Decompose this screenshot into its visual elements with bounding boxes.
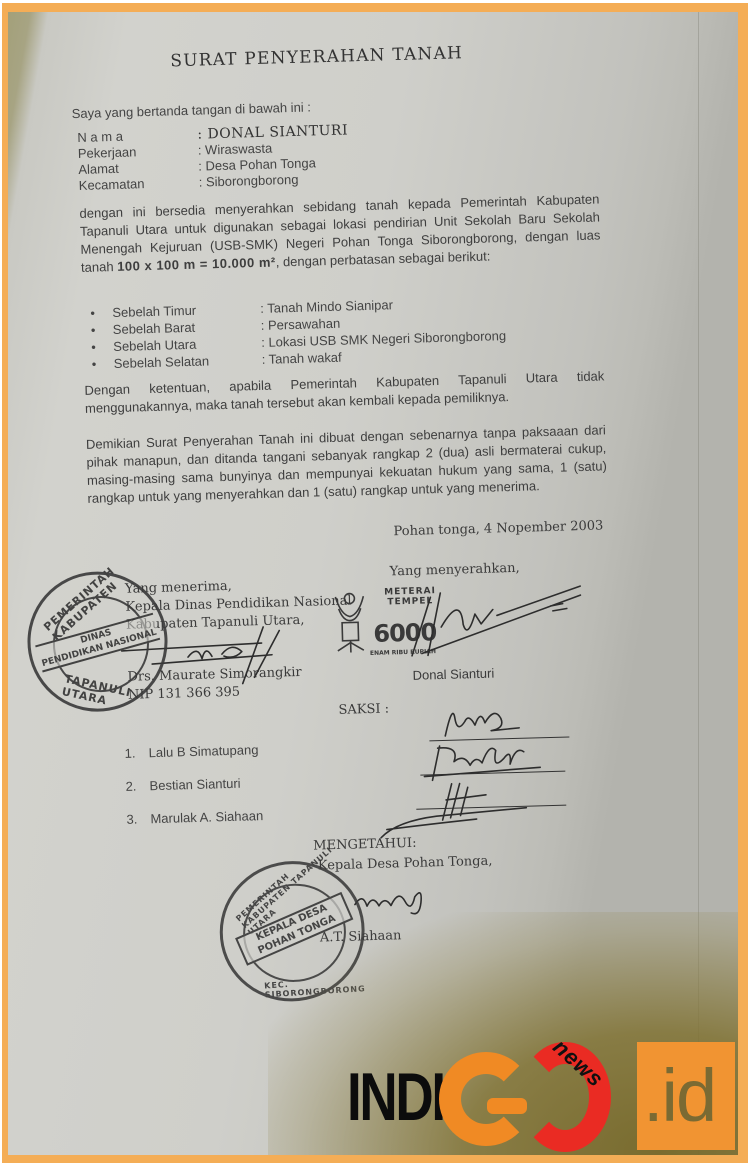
- brand-indi-text: INDI: [347, 1062, 444, 1132]
- witness-signature-2: [419, 739, 550, 783]
- paragraph-conditions: Dengan ketentuan, apabila Pemerintah Kab…: [84, 367, 605, 418]
- witness-name: Lalu B Simatupang: [148, 742, 259, 778]
- document-photo: SURAT PENYERAHAN TANAH Saya yang bertand…: [8, 12, 738, 1155]
- giver-name: Donal Sianturi: [412, 666, 494, 683]
- witness-name: Bestian Sianturi: [149, 776, 241, 812]
- list-item: 1.Lalu B Simatupang: [124, 742, 262, 779]
- place-date: Pohan tonga, 4 Nopember 2003: [393, 518, 603, 539]
- paragraph-text: , dengan perbatasan sebagai berikut:: [276, 248, 491, 269]
- bullet-icon: •: [91, 321, 113, 339]
- giver-label: Yang menyerahkan,: [389, 561, 519, 580]
- witness-label: SAKSI :: [338, 701, 389, 717]
- brand-id-text: .id: [643, 1048, 715, 1144]
- witness-name: Marulak A. Siahaan: [150, 808, 264, 844]
- paragraph-closing: Demikian Surat Penyerahan Tanah ini dibu…: [86, 421, 608, 507]
- land-area: 100 x 100 m = 10.000 m²: [117, 254, 276, 273]
- witness-number: 2.: [125, 778, 150, 812]
- bullet-icon: •: [92, 355, 114, 373]
- paragraph-handover: dengan ini bersedia menyerahkan sebidang…: [79, 190, 601, 276]
- boundary-side: Sebelah Selatan: [114, 351, 262, 372]
- indigo-news-watermark: INDI news .id: [347, 1040, 739, 1155]
- witness-number: 3.: [126, 811, 151, 845]
- bullet-icon: •: [90, 304, 112, 322]
- list-item: 3.Marulak A. Siahaan: [126, 808, 264, 845]
- boundary-value: : Tanah wakaf: [261, 349, 341, 368]
- garuda-emblem-icon: [332, 586, 368, 657]
- witness-signature-1: [438, 698, 529, 740]
- witness-number: 1.: [124, 745, 149, 779]
- village-head-role: Kepala Desa Pohan Tonga,: [318, 854, 493, 874]
- boundary-list: •Sebelah Timur: Tanah Mindo Sianipar •Se…: [90, 293, 507, 373]
- intro-line: Saya yang bertanda tangan di bawah ini :: [72, 99, 312, 121]
- witness-list: 1.Lalu B Simatupang 2.Bestian Sianturi 3…: [124, 742, 263, 845]
- giver-signature: [400, 581, 592, 666]
- letter-title: SURAT PENYERAHAN TANAH: [170, 43, 463, 71]
- identity-block: N a m a : DONAL SIANTURI Pekerjaan : Wir…: [77, 119, 459, 194]
- witness-signature-3: [376, 777, 538, 841]
- village-stamp: PEMERINTAH KABUPATEN TAPANULI UTARA KEPA…: [207, 848, 377, 1014]
- bullet-icon: •: [91, 338, 113, 356]
- list-item: 2.Bestian Sianturi: [125, 775, 263, 812]
- letter: SURAT PENYERAHAN TANAH Saya yang bertand…: [8, 12, 738, 1155]
- identity-label: Kecamatan: [79, 175, 199, 194]
